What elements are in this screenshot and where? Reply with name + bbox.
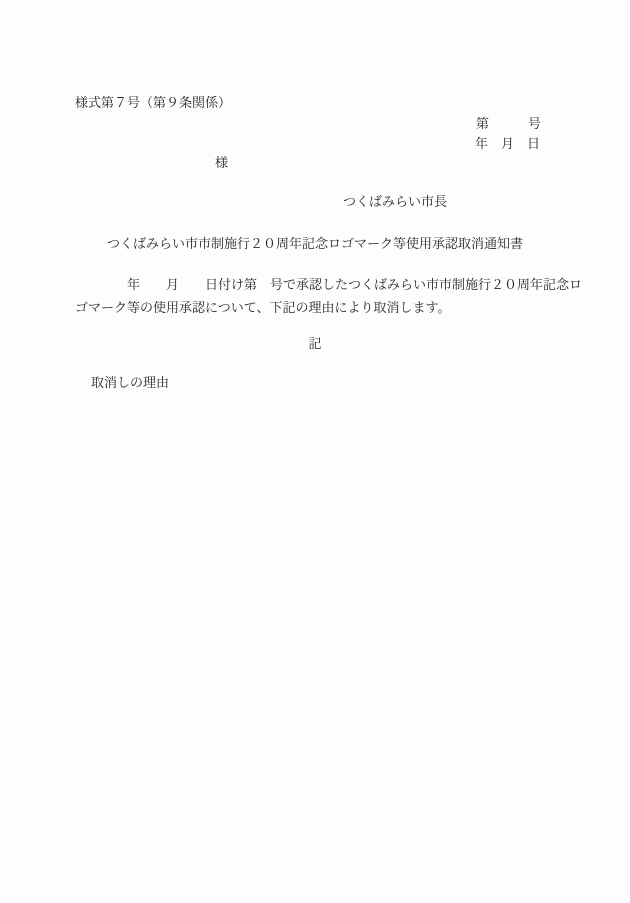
body-paragraph-line-2: ゴマーク等の使用承認について、下記の理由により取消します。 — [75, 301, 450, 315]
notation-marker: 記 — [0, 337, 630, 351]
sender-title: つくばみらい市長 — [343, 195, 447, 209]
form-number: 様式第７号（第９条関係） — [75, 96, 231, 110]
document-page: 様式第７号（第９条関係） 第 号 年 月 日 様 つくばみらい市長 つくばみらい… — [0, 0, 630, 903]
addressee-honorific: 様 — [215, 156, 228, 170]
date-blank: 年 月 日 — [475, 137, 540, 151]
document-title: つくばみらい市市制施行２０周年記念ロゴマーク等使用承認取消通知書 — [0, 237, 630, 251]
document-number-blank: 第 号 — [476, 117, 541, 131]
body-paragraph-line-1: 年 月 日付け第 号で承認したつくばみらい市市制施行２０周年記念ロ — [75, 278, 582, 292]
cancellation-reason-label: 取消しの理由 — [91, 376, 169, 390]
